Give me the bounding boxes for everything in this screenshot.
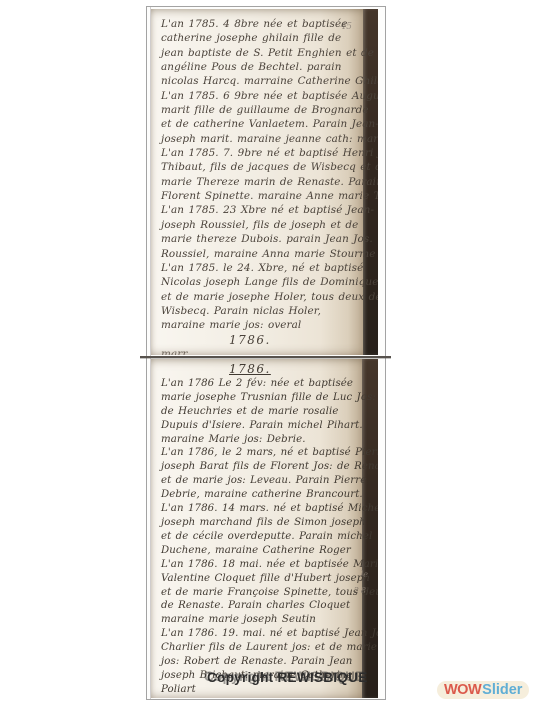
handwriting-line: Debrie, maraine catherine Brancourt.: [161, 488, 352, 502]
handwriting-line: et de marie josephe Holer, tous deux de: [161, 290, 352, 304]
handwriting-line: marr: [161, 347, 352, 355]
handwriting-line: marie thereze Dubois. parain Jean Jos.: [161, 232, 352, 246]
handwriting-line: marit fille de guillaume de Brognarde: [161, 103, 352, 117]
handwriting-line: L'an 1785. le 24. Xbre, né et baptisé: [161, 261, 352, 275]
handwriting-line: et de marie jos: Leveau. Parain Pierre: [161, 474, 352, 488]
handwriting-line: de Renaste. Parain charles Cloquet: [161, 599, 352, 613]
handwriting-block-1786: 1786. L'an 1786 Le 2 fév: née et baptisé…: [161, 363, 352, 697]
handwriting-line: catherine josephe ghilain fille de: [161, 31, 352, 45]
manuscript-page-1786: le 28 1786. L'an 1786 Le 2 fév: née et b…: [151, 359, 378, 698]
handwriting-line: marie josephe Trusnian fille de Luc Jos:: [161, 391, 352, 405]
handwriting-line: Roussiel, maraine Anna marie Stourme: [161, 247, 352, 261]
handwriting-line: joseph Roussiel, fils de joseph et de: [161, 218, 352, 232]
handwriting-line: angéline Pous de Bechtel. parain: [161, 60, 352, 74]
handwriting-line: joseph marchand fils de Simon joseph: [161, 516, 352, 530]
handwriting-line: Duchene, maraine Catherine Roger: [161, 544, 352, 558]
handwriting-line: L'an 1785. 7. 9bre né et baptisé Henri J…: [161, 146, 352, 160]
handwriting-block-1785: L'an 1785. 4 8bre née et baptisée cather…: [161, 17, 352, 355]
handwriting-line: 1786.: [161, 333, 352, 347]
handwriting-line: Nicolas joseph Lange fils de Dominique: [161, 275, 352, 289]
handwriting-line: 1786.: [161, 363, 352, 377]
handwriting-line: L'an 1786 Le 2 fév: née et baptisée: [161, 377, 352, 391]
handwriting-line: joseph Barat fils de Florent Jos: de Ren…: [161, 460, 352, 474]
handwriting-line: et de catherine Vanlaetem. Parain Jean-: [161, 117, 352, 131]
copyright-watermark: Copyright REWISBIQUE: [207, 670, 368, 685]
handwriting-line: et de cécile overdeputte. Parain michel: [161, 530, 352, 544]
handwriting-line: joseph marit. maraine jeanne cath: marit: [161, 132, 352, 146]
handwriting-line: L'an 1785. 4 8bre née et baptisée: [161, 17, 352, 31]
handwriting-line: L'an 1785. 6 9bre née et baptisée August…: [161, 89, 352, 103]
handwriting-line: L'an 1785. 23 Xbre né et baptisé Jean-: [161, 203, 352, 217]
handwriting-line: maraine Marie jos: Debrie.: [161, 433, 352, 447]
handwriting-line: L'an 1786. 18 mai. née et baptisée Marie: [161, 558, 352, 572]
handwriting-line: Valentine Cloquet fille d'Hubert joseph: [161, 572, 352, 586]
handwriting-line: marie Thereze marin de Renaste. Parain: [161, 175, 352, 189]
handwriting-line: L'an 1786. 19. mai. né et baptisé Jean J…: [161, 627, 352, 641]
handwriting-line: maraine marie joseph Seutin: [161, 613, 352, 627]
handwriting-line: maraine marie jos: overal: [161, 318, 352, 332]
handwriting-line: Florent Spinette. maraine Anne marie Thi…: [161, 189, 352, 203]
manuscript-page-1785: 45 L'an 1785. 4 8bre née et baptisée cat…: [151, 9, 378, 355]
handwriting-line: jos: Robert de Renaste. Parain Jean: [161, 655, 352, 669]
handwriting-line: de Heuchries et de marie rosalie: [161, 405, 352, 419]
handwriting-line: L'an 1786, le 2 mars, né et baptisé Pier…: [161, 446, 352, 460]
handwriting-line: Dupuis d'Isiere. Parain michel Pihart.: [161, 419, 352, 433]
handwriting-line: Wisbecq. Parain niclas Holer,: [161, 304, 352, 318]
wowslider-badge-wow: WOW: [444, 682, 481, 698]
scan-seam-divider: [140, 356, 391, 358]
handwriting-line: L'an 1786. 14 mars. né et baptisé Michel: [161, 502, 352, 516]
scan-viewer-frame: 45 L'an 1785. 4 8bre née et baptisée cat…: [146, 6, 386, 700]
handwriting-line: jean baptiste de S. Petit Enghien et de: [161, 46, 352, 60]
handwriting-line: nicolas Harcq. marraine Catherine Ghilai…: [161, 74, 352, 88]
handwriting-line: Thibaut, fils de jacques de Wisbecq et d…: [161, 160, 352, 174]
wowslider-badge-slider: Slider: [482, 682, 522, 698]
handwriting-line: Charlier fils de Laurent jos: et de mari…: [161, 641, 352, 655]
handwriting-line: et de marie Françoise Spinette, tous deu…: [161, 586, 352, 600]
wowslider-badge[interactable]: WOWSlider: [437, 681, 529, 699]
